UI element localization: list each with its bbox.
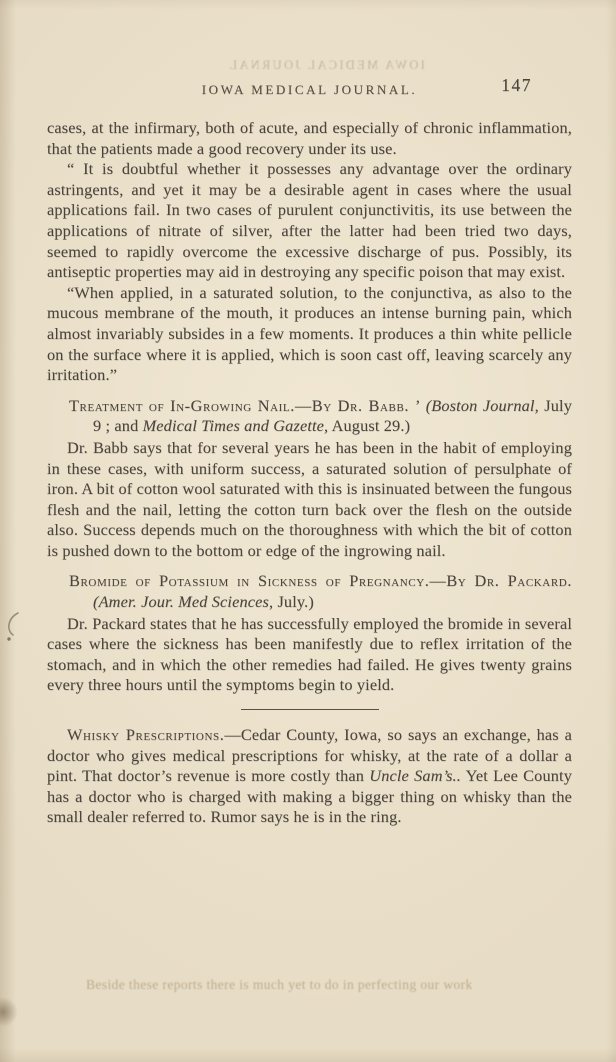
page-number: 147 bbox=[501, 75, 532, 96]
quote-paragraph-2: “When applied, in a saturated solution, … bbox=[47, 283, 572, 386]
journal-title: IOWA MEDICAL JOURNAL. bbox=[202, 82, 418, 98]
whisky-note-paragraph: Whisky Prescriptions.—Cedar County, Iowa… bbox=[47, 725, 572, 828]
whisky-note-italic: Uncle Sam’s.. bbox=[369, 766, 461, 785]
citation-medical-times: Medical Times and Gazette, bbox=[143, 416, 329, 435]
citation-date-2: August 29.) bbox=[328, 416, 410, 435]
article-title-bromide: Bromide of Potassium in Sickness of Preg… bbox=[69, 571, 572, 590]
citation-date-3: , July.) bbox=[269, 592, 314, 611]
article-heading-ingrowing-nail: Treatment of In-Growing Nail.—By Dr. Bab… bbox=[47, 396, 572, 437]
section-divider-rule bbox=[241, 709, 379, 710]
showthrough-text-top: IOWA MEDICAL JOURNAL bbox=[228, 58, 426, 73]
article-heading-bromide: Bromide of Potassium in Sickness of Preg… bbox=[47, 571, 572, 612]
article-body-bromide: Dr. Packard states that he has successfu… bbox=[47, 614, 572, 696]
continuation-paragraph: cases, at the infirmary, both of acute, … bbox=[47, 118, 572, 159]
article-body-ingrowing-nail: Dr. Babb says that for several years he … bbox=[47, 438, 572, 562]
citation-boston-journal: (Boston Journal, bbox=[426, 396, 539, 415]
page-text-block: cases, at the infirmary, both of acute, … bbox=[47, 118, 572, 828]
article-title-ingrowing-nail: Treatment of In-Growing Nail.—By Dr. Bab… bbox=[69, 396, 426, 415]
showthrough-text-bottom: Beside these reports there is much yet t… bbox=[86, 977, 558, 993]
quote-paragraph-1: “ It is doubtful whether it possesses an… bbox=[47, 159, 572, 283]
running-header: IOWA MEDICAL JOURNAL. 147 bbox=[47, 82, 572, 102]
stray-ink-mark bbox=[3, 608, 25, 650]
citation-amer-jour: (Amer. Jour. Med Sciences bbox=[93, 592, 269, 611]
journal-page-scan: IOWA MEDICAL JOURNAL IOWA MEDICAL JOURNA… bbox=[0, 0, 616, 1062]
whisky-note-lead: Whisky Prescriptions. bbox=[67, 725, 224, 744]
